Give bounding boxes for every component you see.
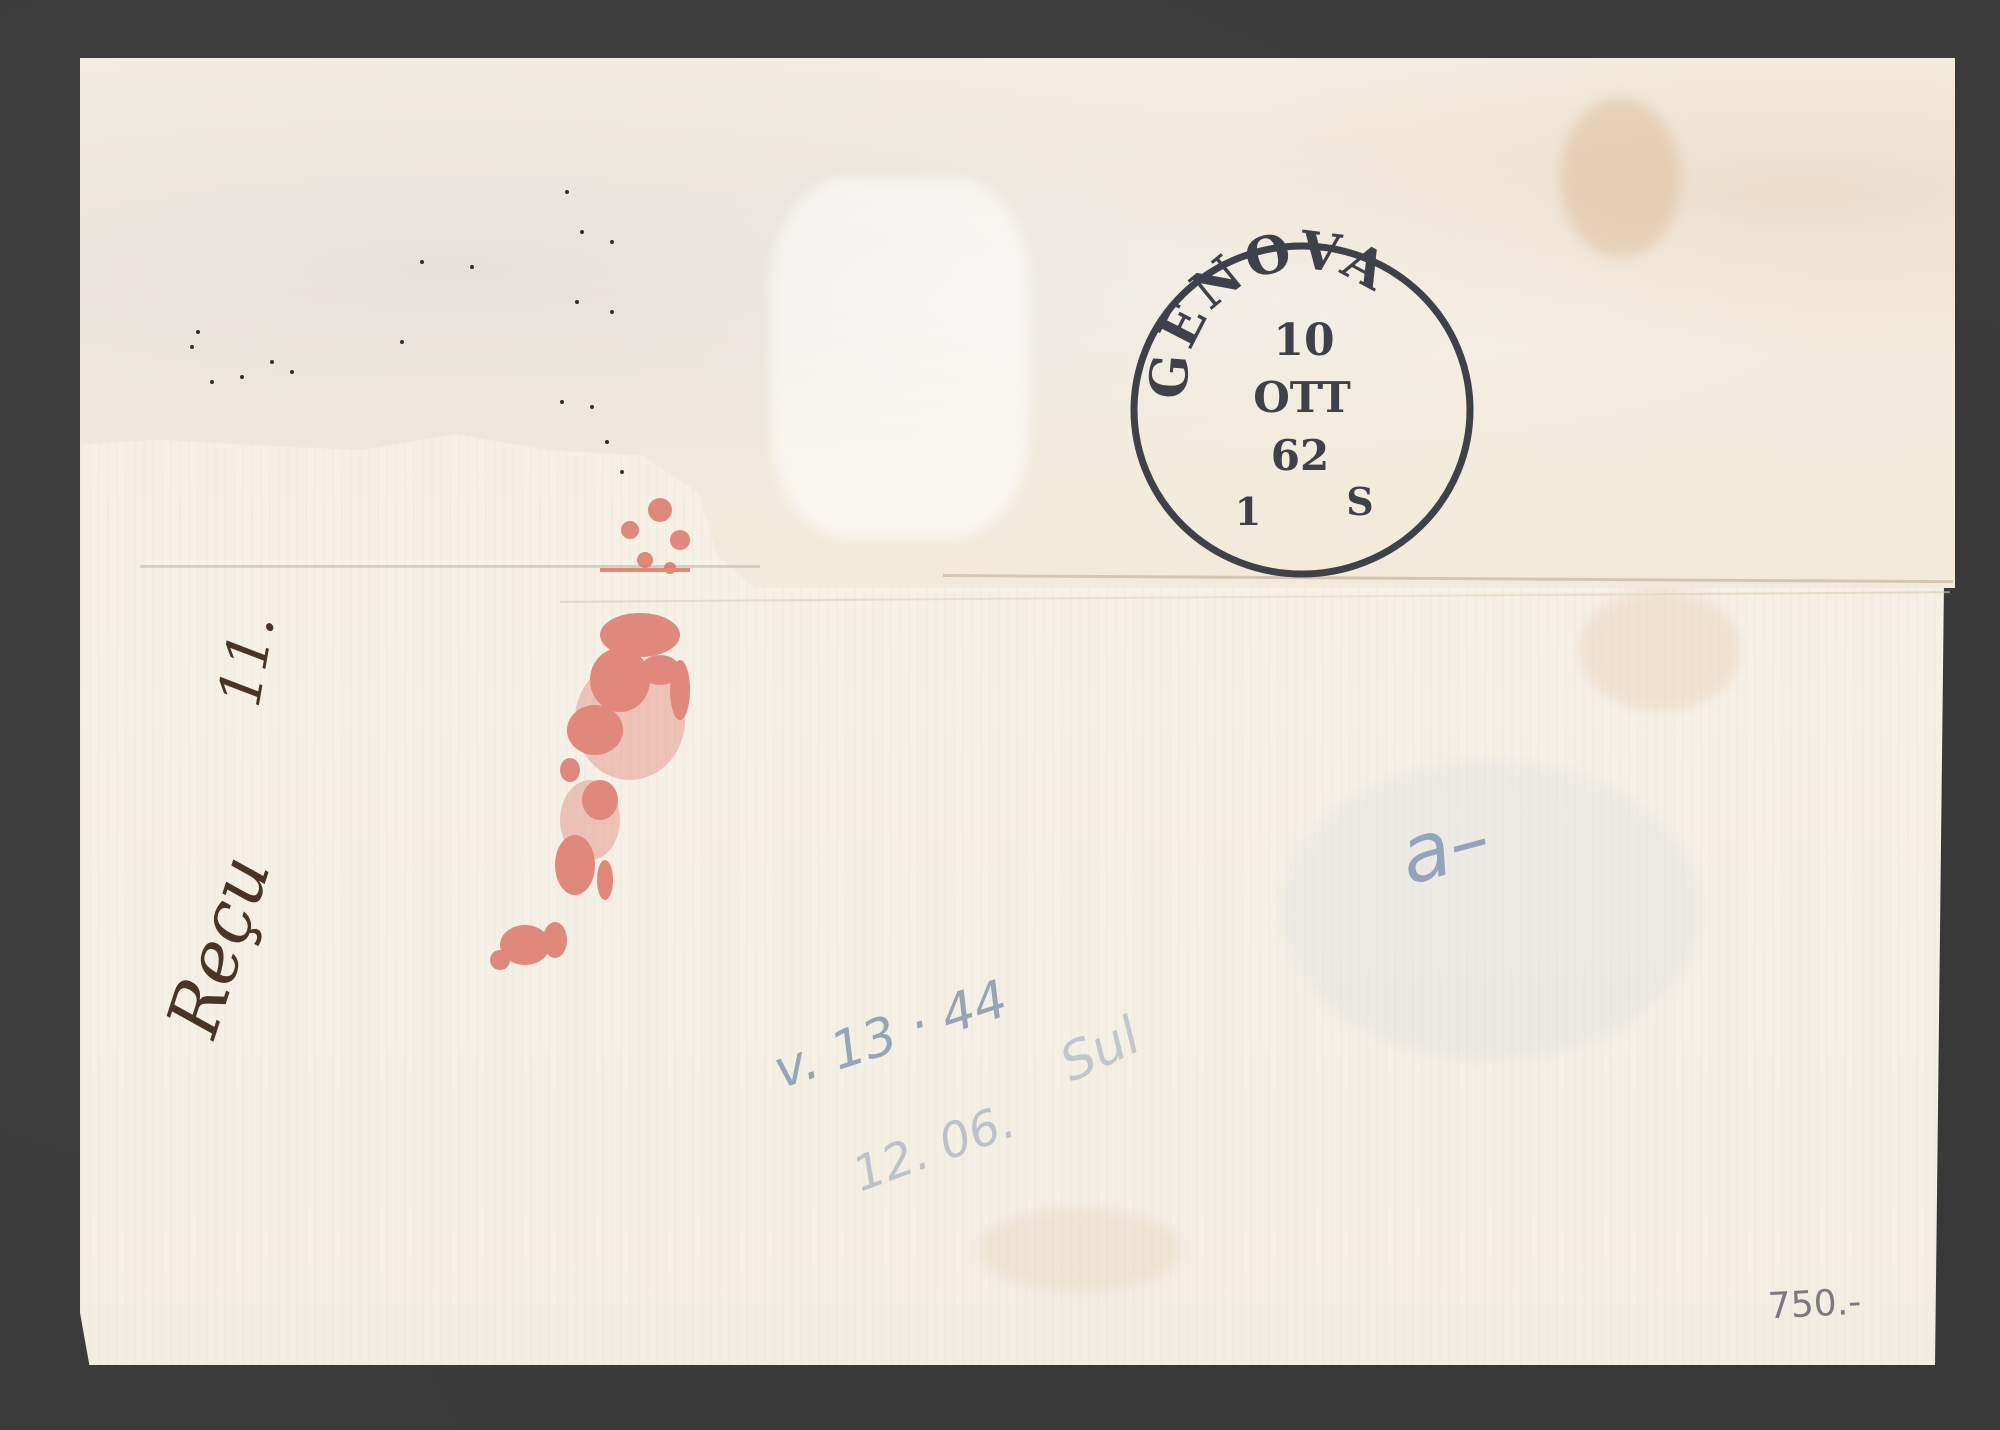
red-cancel-mark (480, 440, 780, 1000)
genova-postmark: GENOVA 10 OTT 62 1 S (1128, 240, 1476, 580)
postmark-year: 62 (1271, 431, 1329, 480)
torn-area (770, 178, 1030, 538)
postmark-time-left: 1 (1235, 489, 1261, 534)
paper-stain (1580, 590, 1740, 710)
paper-stain (1280, 760, 1700, 1060)
paper-stain (980, 1210, 1180, 1290)
price-note: 750.- (1767, 1282, 1862, 1328)
postmark-day: 10 (1273, 315, 1334, 366)
paper-stain (1560, 98, 1680, 258)
postmark-month: OTT (1253, 373, 1351, 422)
postmark-time-right: S (1346, 479, 1373, 524)
